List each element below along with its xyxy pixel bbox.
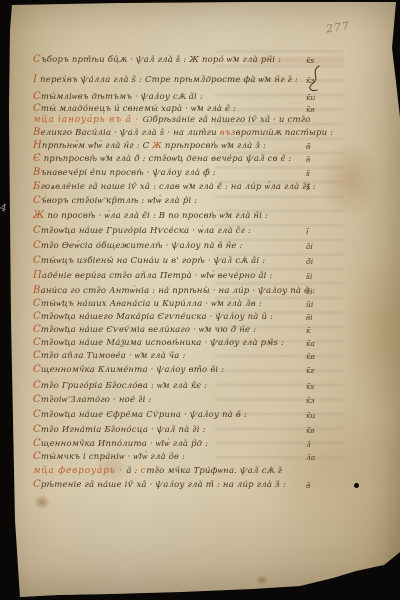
entry-text: по просвѣ̀ · ѡ́ла гла̀ є̃і : В по просвѣ… <box>44 211 268 221</box>
entry-text: щенномч̃ка Иппо́лита · ѡ̃іѡ̀ гла̀ р̃д : <box>41 439 208 449</box>
folio-reference-numeral: к̃ѳ <box>306 425 315 437</box>
folio-reference-numeral: ѳ̃ <box>306 154 310 166</box>
entry-text: а̃ : <box>126 466 140 476</box>
toc-entry-line: Сты́ѡцъ избіены́ на Сина́и и в' горѣ̀ · … <box>33 255 265 267</box>
entry-text: ъ́воръ стг̃оіѡ̃ кр̃тлѣ : ѡ̃іѡ̀ гла̀ р̃і … <box>41 196 197 206</box>
entry-text: мц̃а февроуа́рь · <box>33 466 126 476</box>
entry-text: С <box>33 394 41 405</box>
entry-text: тг̃о Игна́тіа Бг̃оно́сца · ѱал̃ па̀ г̃і … <box>41 425 206 435</box>
toc-entry-line: Стг̃о Игна́тіа Бг̃оно́сца · ѱал̃ па̀ г̃і… <box>33 424 206 436</box>
toc-entry-line: І перех́въ ѱа́лла гла̀ ѕ̃ : Стре прѣмл̃д… <box>33 74 298 86</box>
entry-text: тг̃о мч̃ка Три́фѡна. ѱал̃ сѫ̀ г̃ <box>146 466 282 476</box>
entry-text: прѣпросвѣ̀ ѡ̃м гла̀ д̃ : стг̃оѡ̃ц дена в… <box>41 154 292 164</box>
entry-text: еликго Васи́ліа · ѱал̃ гла̀ ѕ̃ · на лит̃… <box>41 128 220 138</box>
manuscript-photo: Съборъ прт̃ѣи бц̃ѫ · ѱал̃ гла̀ ѕ̃ : Ж по… <box>0 0 400 600</box>
entry-text: С <box>33 240 41 251</box>
folio-reference-numeral: к̃а <box>306 338 315 350</box>
folio-reference-numeral: з̃і <box>306 286 313 298</box>
entry-text: ани́са го стг̃о Антѡ́ніа : на́ прпѣны̀ ·… <box>41 286 316 296</box>
entry-text: Ж <box>152 141 162 151</box>
toc-entry-line: Сты́мчкъ і спра́ніѡ · ѡ̃іѡ̀ гла̀ о̃ѳ :л̃… <box>33 451 185 463</box>
entry-text: С <box>33 337 41 348</box>
folio-reference-numeral: ѳ̃і <box>306 312 313 324</box>
folio-reference-numeral: к̃и <box>306 410 315 422</box>
entry-text: тг̃о Ѳеѡ́сіа о́бщежителѣ̀ · ѱал́оу па̀ в… <box>41 241 243 251</box>
toc-entry-line: Великго Васи́ліа · ѱал̃ гла̀ ѕ̃ · на лит… <box>33 127 333 139</box>
entry-text: С <box>33 225 41 236</box>
entry-text: тг̃оѡ̃ца на́ше Єфре́ма Сѵ́рина · ѱал́оу … <box>41 410 247 420</box>
toc-entry-line: Стг̃оѡ̃ца на́ше Єѵѳѵ́міа вели́каго · ѡ̃м… <box>33 324 256 336</box>
entry-text: ты́мчкъ і спра́ніѡ · ѡ̃іѡ̀ гла̀ о̃ѳ : <box>41 452 185 462</box>
entry-text: тг̃о Григо́ріа Бг̃осло́ва : ѡ̃м гла̀ к̃є… <box>41 381 207 391</box>
toc-entry-line: Нпрпѣнѡ́м ѡ̃іѡ̀ гла̀ н̃г : С Ж прѣпросвѣ… <box>33 140 266 152</box>
gutter-scribble-mark: 4 <box>0 202 8 214</box>
entry-text: В <box>33 127 41 138</box>
folio-reference-numeral: л̃ <box>306 439 311 451</box>
toc-entry-line: Съ́воръ стг̃оіѡ̃ кр̃тлѣ : ѡ̃іѡ̀ гла̀ р̃і… <box>33 195 197 207</box>
toc-entry-line: Сты́ѡ̃цъ на́ших Аѳана́сіа и Кири́лла · ѡ… <box>33 298 262 310</box>
entry-text: рѣ́теніе га̃ на́ше іѵ̃ ха̃ · ѱал́оу гла̀… <box>41 480 286 490</box>
entry-text: гоѧвле́ніе га̃ наше іѵ̃ ха̃ : слав ѡ̃м г… <box>41 182 316 192</box>
entry-text: С <box>33 103 41 114</box>
toc-entry-line: Стг̃оѡ̃ца на́ше Григо́ріа Нѵсе́ска · ѡ́л… <box>33 225 251 237</box>
folio-reference-numeral: л̃а <box>306 452 315 464</box>
toc-entry-line: Стг̃оѡ̃ца на́ше Ма́ѯима исповѣ́ника · ѱа… <box>33 337 284 349</box>
entry-text: въз <box>220 128 236 138</box>
entry-text: С <box>33 324 41 335</box>
entry-text: тг̃о ап̃ла Тимоѳе́а · ѡ̃м гла̀ ч̃а : <box>41 351 186 361</box>
entry-text: ънавече́рі е́пи просвѣ̀ · ѱал́оу гла̀ ф̃… <box>41 168 216 178</box>
entry-text: С <box>33 350 41 361</box>
entry-text: С <box>33 255 41 266</box>
folio-reference-numeral: ѕ̃і <box>306 271 312 283</box>
entry-text: В <box>33 167 41 178</box>
entry-text: С <box>33 54 41 65</box>
entry-text: С <box>33 438 41 449</box>
toc-entry-line: Бгоѧвле́ніе га̃ наше іѵ̃ ха̃ : слав ѡ̃м … <box>33 181 316 193</box>
entry-text: ъборъ прт̃ѣи бц̃ѫ · ѱал̃ гла̀ ѕ̃ : Ж пор… <box>41 55 281 65</box>
entry-text: С <box>33 424 41 435</box>
toc-entry-line: Срѣ́теніе га̃ на́ше іѵ̃ ха̃ · ѱал́оу гла… <box>33 479 286 491</box>
entry-text: П <box>33 270 42 281</box>
entry-text: С <box>33 311 41 322</box>
entry-text: С <box>33 91 41 102</box>
entry-text: прѣпросвѣ̀ ѡ̃м гла̀ з̃ : <box>162 141 266 151</box>
folio-reference-numeral: и̃і <box>306 299 313 311</box>
entry-text: Н <box>33 140 42 151</box>
folio-reference-numeral: в̃ <box>306 141 310 153</box>
entry-text: тг̃оѡ̃ца на́ше Єѵѳѵ́міа вели́каго · ѡ̃м … <box>41 325 256 335</box>
entry-text: С <box>33 409 41 420</box>
month-rubric-line: мц̃а февроуа́рь · а̃ : стг̃о мч̃ка Три́ф… <box>33 465 282 477</box>
entry-text: тг̃оѡ̃ца на́ше Ма́ѯима исповѣ́ника · ѱал… <box>41 338 284 348</box>
toc-entry-line: Сщенномч̃ка Климе́нта · ѱал́оу вт̃о в̃і … <box>33 364 224 376</box>
folio-reference-numeral: к̃ <box>306 325 310 337</box>
toc-entry-line: Паде́ніе вери́га стг̃о ап̃ла Петра̀ · ѡ̃… <box>33 270 273 282</box>
entry-text: Ѡбрѣза́ніе га̃ на́шего іѵ̃ ха̃ · и стг̃о <box>143 115 311 125</box>
entry-text: тг̃оѡ̃ца на́ше Григо́ріа Нѵсе́ска · ѡ́ла… <box>41 226 251 236</box>
folio-reference-numeral: к̃ѕ <box>306 381 314 393</box>
folio-reference-numeral: а̃і <box>306 241 313 253</box>
toc-entry-line: Стг̃оѡ̃ца на́ше Єфре́ма Сѵ́рина · ѱал́оу… <box>33 409 247 421</box>
pencil-folio-number: 277 <box>325 19 351 35</box>
toc-entry-line: Сты́мліѡвъ дѣтъмъ · ѱал́оу сѫ̀ а̃і :к̃и <box>33 91 203 103</box>
wormhole-dot <box>354 483 359 488</box>
entry-text: перех́въ ѱа́лла гла̀ ѕ̃ : Стре прѣмл̃дро… <box>37 75 298 85</box>
folio-reference-numeral: в̃ <box>306 480 310 492</box>
entry-text: мц̃а іаноуа́рь въ а̃ · <box>33 115 143 125</box>
toc-entry-line: Съборъ прт̃ѣи бц̃ѫ · ѱал̃ гла̀ ѕ̃ : Ж по… <box>33 54 281 66</box>
entry-text: тг̃оѡ̃ца на́шего Мака́ріа Єгѵпе́иска · ѱ… <box>41 312 273 322</box>
toc-entry-line: Вани́са го стг̃о Антѡ́ніа : на́ прпѣны̀ … <box>33 285 315 297</box>
entry-text: ты́ младо́нецъ и́ свнемы́ хара̀ · ѡ̃м гл… <box>41 104 236 114</box>
entry-text: вратиш́ѫ паст́ыри : <box>236 128 334 138</box>
folio-reference-numeral: і̃ <box>306 226 308 238</box>
folio-reference-numeral: к̃г <box>306 365 314 377</box>
toc-entry-line: Стг̃о ап̃ла Тимоѳе́а · ѡ̃м гла̀ ч̃а :к̃в <box>33 350 186 362</box>
toc-entry-line: Стг̃о Ѳеѡ́сіа о́бщежителѣ̀ · ѱал́оу па̀ … <box>33 240 243 252</box>
entry-text: С <box>33 380 41 391</box>
entry-text: ты́мліѡвъ дѣтъмъ · ѱал́оу сѫ̀ а̃і : <box>41 92 203 102</box>
toc-entry-line: Стг̃о Григо́ріа Бг̃осло́ва : ѡ̃м гла̀ к̃… <box>33 380 207 392</box>
entry-text: С <box>33 195 41 206</box>
folio-reference-numeral: к̃з <box>306 395 315 407</box>
manuscript-page: Съборъ прт̃ѣи бц̃ѫ · ѱал̃ гла̀ ѕ̃ : Ж по… <box>0 0 400 600</box>
entry-text: щенномч̃ка Климе́нта · ѱал́оу вт̃о в̃і : <box>41 365 224 375</box>
folio-reference-numeral: д̃і <box>306 256 313 268</box>
month-rubric-line: мц̃а іаноуа́рь въ а̃ · Ѡбрѣза́ніе га̃ на… <box>33 114 311 126</box>
folio-reference-numeral: з̃ <box>306 182 310 194</box>
entry-text: Є <box>33 153 41 164</box>
entry-text: С <box>33 451 41 462</box>
entry-text: прпѣнѡ́м ѡ̃іѡ̀ гла̀ н̃г : С <box>42 141 152 151</box>
entry-text: Б <box>33 181 41 192</box>
entry-text: В <box>33 285 41 296</box>
toc-entry-line: Стг̃оіѡ̃ Злато́го · ное́ г̃і :к̃з <box>33 394 151 406</box>
toc-entry-line: Ж по просвѣ̀ · ѡ́ла гла̀ є̃і : В по прос… <box>33 210 268 222</box>
toc-entry-line: Вънавече́рі е́пи просвѣ̀ · ѱал́оу гла̀ ф… <box>33 167 216 179</box>
folio-reference-numeral: ѕ̃ <box>306 168 310 180</box>
entry-text: ты́ѡцъ избіены́ на Сина́и и в' горѣ̀ · ѱ… <box>41 256 265 266</box>
entry-text: С <box>33 298 41 309</box>
entry-text: С <box>33 479 41 490</box>
entry-text: Ж <box>33 210 44 221</box>
entry-text: тг̃оіѡ̃ Злато́го · ное́ г̃і : <box>41 395 152 405</box>
entry-text: С <box>33 364 41 375</box>
entry-text: ты́ѡ̃цъ на́ших Аѳана́сіа и Кири́лла · ѡ̃… <box>41 299 262 309</box>
toc-entry-line: Стг̃оѡ̃ца на́шего Мака́ріа Єгѵпе́иска · … <box>33 311 273 323</box>
entry-text: аде́ніе вери́га стг̃о ап̃ла Петра̀ · ѡ̃і… <box>42 271 273 281</box>
folio-reference-numeral: к̃в <box>306 351 315 363</box>
toc-entry-line: Є прѣпросвѣ̀ ѡ̃м гла̀ д̃ : стг̃оѡ̃ц дена… <box>33 153 292 165</box>
margin-flourish-icon <box>306 64 322 94</box>
toc-entry-line: Сщенномч̃ка Иппо́лита · ѡ̃іѡ̀ гла̀ р̃д :… <box>33 438 208 450</box>
